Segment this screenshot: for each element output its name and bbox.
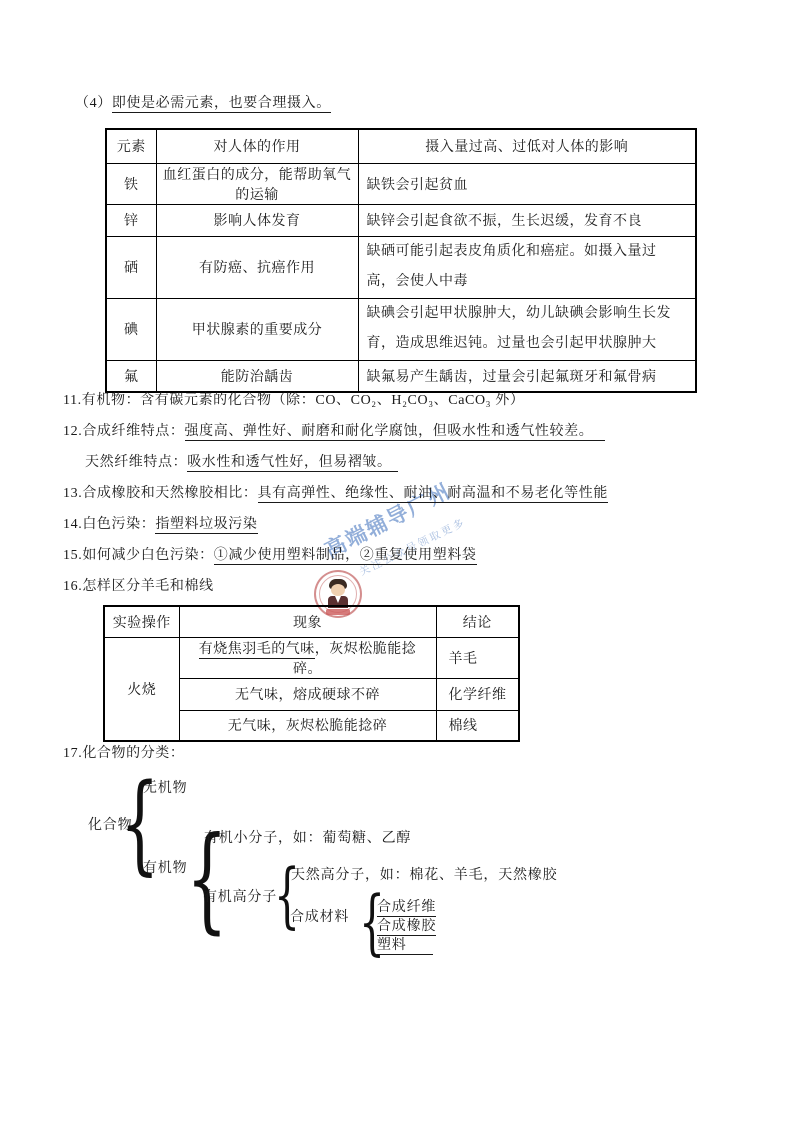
tree-synthetic-rubber-label: 合成橡胶: [377, 915, 436, 935]
effect-cell: 缺铁会引起贫血: [358, 163, 696, 204]
tree-natural-macro-label: 天然高分子，如：棉花、羊毛，天然橡胶: [291, 864, 557, 884]
effect-cell: 缺硒可能引起表皮角质化和癌症。如摄入量过 高，会使人中毒: [358, 236, 696, 298]
note-number: 11.: [63, 393, 82, 408]
tree-organic-macro-label: 有机高分子: [203, 886, 277, 906]
tree-organic-label: 有机物: [143, 857, 187, 877]
function-cell: 有防癌、抗癌作用: [156, 236, 358, 298]
effect-cell: 缺锌会引起食欲不振，生长迟缓，发育不良: [358, 204, 696, 236]
note-14: 14.白色污染：指塑料垃圾污染: [63, 517, 258, 532]
table-row: 硒 有防癌、抗癌作用 缺硒可能引起表皮角质化和癌症。如摄入量过 高，会使人中毒: [106, 236, 696, 298]
table-header-row: 实验操作 现象 结论: [104, 606, 519, 637]
note-number: 16.: [63, 579, 82, 594]
note-underlined-text: 强度高、弹性好、耐磨和耐化学腐蚀，但吸水性和透气性较差。: [185, 424, 606, 441]
function-cell: 甲状腺素的重要成分: [156, 298, 358, 360]
note-12b: 天然纤维特点：吸水性和透气性好，但易褶皱。: [85, 455, 398, 470]
cartoon-face-icon: [331, 584, 345, 596]
function-cell: 影响人体发育: [156, 204, 358, 236]
conclusion-cell: 羊毛: [436, 637, 519, 678]
note-text: 如何减少白色污染：: [82, 548, 213, 563]
tree-inorganic-label: 无机物: [143, 777, 187, 797]
col-header-operation: 实验操作: [104, 606, 179, 637]
conclusion-cell: 化学纤维: [436, 678, 519, 710]
note-text: 怎样区分羊毛和棉线: [82, 579, 213, 594]
intro-line: （4）即使是必需元素，也要合理摄入。: [75, 96, 331, 111]
phenomenon-cell: 无气味，熔成硬球不碎: [179, 678, 436, 710]
note-underlined-text: ①减少使用塑料制品，②重复使用塑料袋: [214, 548, 477, 565]
col-header-function: 对人体的作用: [156, 129, 358, 163]
tree-organic-small-label: 有机小分子，如：葡萄糖、乙醇: [204, 827, 411, 847]
note-number: 14.: [63, 517, 82, 532]
note-13: 13.合成橡胶和天然橡胶相比：具有高弹性、绝缘性、耐油、耐高温和不易老化等性能: [63, 486, 608, 501]
tree-plastic-label: 塑料: [377, 934, 433, 954]
operation-cell: 火烧: [104, 637, 179, 741]
col-header-element: 元素: [106, 129, 156, 163]
note-12: 12.合成纤维特点：强度高、弹性好、耐磨和耐化学腐蚀，但吸水性和透气性较差。: [63, 424, 605, 439]
effect-line: 缺碘会引起甲状腺肿大，幼儿缺碘会影响生长发: [367, 299, 690, 329]
elements-table: 元素 对人体的作用 摄入量过高、过低对人体的影响 铁 血红蛋白的成分，能帮助氧气…: [105, 128, 697, 393]
note-underlined-text: 具有高弹性、绝缘性、耐油、耐高温和不易老化等性能: [258, 486, 608, 503]
note-number: 15.: [63, 548, 82, 563]
table-row: 氟 能防治龋齿 缺氟易产生龋齿，过量会引起氟斑牙和氟骨病: [106, 360, 696, 392]
function-cell: 能防治龋齿: [156, 360, 358, 392]
element-cell: 硒: [106, 236, 156, 298]
note-number: 12.: [63, 424, 82, 439]
table-row: 火烧 有烧焦羽毛的气味，灰烬松脆能捻碎。 羊毛: [104, 637, 519, 678]
element-cell: 铁: [106, 163, 156, 204]
intro-underlined-text: 即使是必需元素，也要合理摄入。: [112, 96, 331, 113]
note-text: 合成纤维特点：: [82, 424, 184, 439]
phenomenon-underlined: 有烧焦羽毛的气味: [199, 642, 315, 659]
effect-line: 缺硒可能引起表皮角质化和癌症。如摄入量过: [367, 237, 690, 267]
phenomenon-cell: 有烧焦羽毛的气味，灰烬松脆能捻碎。: [179, 637, 436, 678]
underlined-text: 塑料: [377, 938, 433, 955]
function-cell: 血红蛋白的成分，能帮助氧气的运输: [156, 163, 358, 204]
col-header-conclusion: 结论: [436, 606, 519, 637]
element-cell: 氟: [106, 360, 156, 392]
note-17: 17.化合物的分类：: [63, 746, 185, 761]
note-15: 15.如何减少白色污染：①减少使用塑料制品，②重复使用塑料袋: [63, 548, 477, 563]
table-row: 铁 血红蛋白的成分，能帮助氧气的运输 缺铁会引起贫血: [106, 163, 696, 204]
element-cell: 碘: [106, 298, 156, 360]
effect-cell: 缺氟易产生龋齿，过量会引起氟斑牙和氟骨病: [358, 360, 696, 392]
conclusion-cell: 棉线: [436, 710, 519, 741]
phenomenon-cell: 无气味，灰烬松脆能捻碎: [179, 710, 436, 741]
note-text: 有机物：含有碳元素的化合物（除：CO、CO₂、H₂CO₃、CaCO₃ 外）: [82, 393, 525, 408]
note-text: 合成橡胶和天然橡胶相比：: [82, 486, 257, 501]
note-16: 16.怎样区分羊毛和棉线: [63, 579, 214, 594]
intro-prefix: （4）: [75, 96, 112, 111]
note-text: 化合物的分类：: [82, 746, 184, 761]
note-number: 13.: [63, 486, 82, 501]
table-row: 锌 影响人体发育 缺锌会引起食欲不振，生长迟缓，发育不良: [106, 204, 696, 236]
note-number: 17.: [63, 746, 82, 761]
tree-synthetic-fiber-label: 合成纤维: [377, 896, 436, 916]
note-text: 白色污染：: [82, 517, 155, 532]
note-11: 11.有机物：含有碳元素的化合物（除：CO、CO₂、H₂CO₃、CaCO₃ 外）: [63, 393, 524, 408]
effect-cell: 缺碘会引起甲状腺肿大，幼儿缺碘会影响生长发 育，造成思维迟钝。过量也会引起甲状腺…: [358, 298, 696, 360]
effect-line: 高，会使人中毒: [367, 267, 690, 297]
wool-cotton-table: 实验操作 现象 结论 火烧 有烧焦羽毛的气味，灰烬松脆能捻碎。 羊毛 无气味，熔…: [103, 605, 520, 742]
table-row: 碘 甲状腺素的重要成分 缺碘会引起甲状腺肿大，幼儿缺碘会影响生长发 育，造成思维…: [106, 298, 696, 360]
table-header-row: 元素 对人体的作用 摄入量过高、过低对人体的影响: [106, 129, 696, 163]
col-header-phenomenon: 现象: [179, 606, 436, 637]
element-cell: 锌: [106, 204, 156, 236]
note-underlined-text: 指塑料垃圾污染: [155, 517, 257, 534]
effect-line: 育，造成思维迟钝。过量也会引起甲状腺肿大: [367, 329, 690, 359]
document-page: 高端辅导广州 关注公众号领取更多 （4）即使是必需元素，也要合理摄入。 元素 对…: [0, 0, 794, 1123]
note-underlined-text: 吸水性和透气性好，但易褶皱。: [187, 455, 397, 472]
col-header-effect: 摄入量过高、过低对人体的影响: [358, 129, 696, 163]
note-text: 天然纤维特点：: [85, 455, 187, 470]
tree-synthetic-material-label: 合成材料: [290, 906, 349, 926]
